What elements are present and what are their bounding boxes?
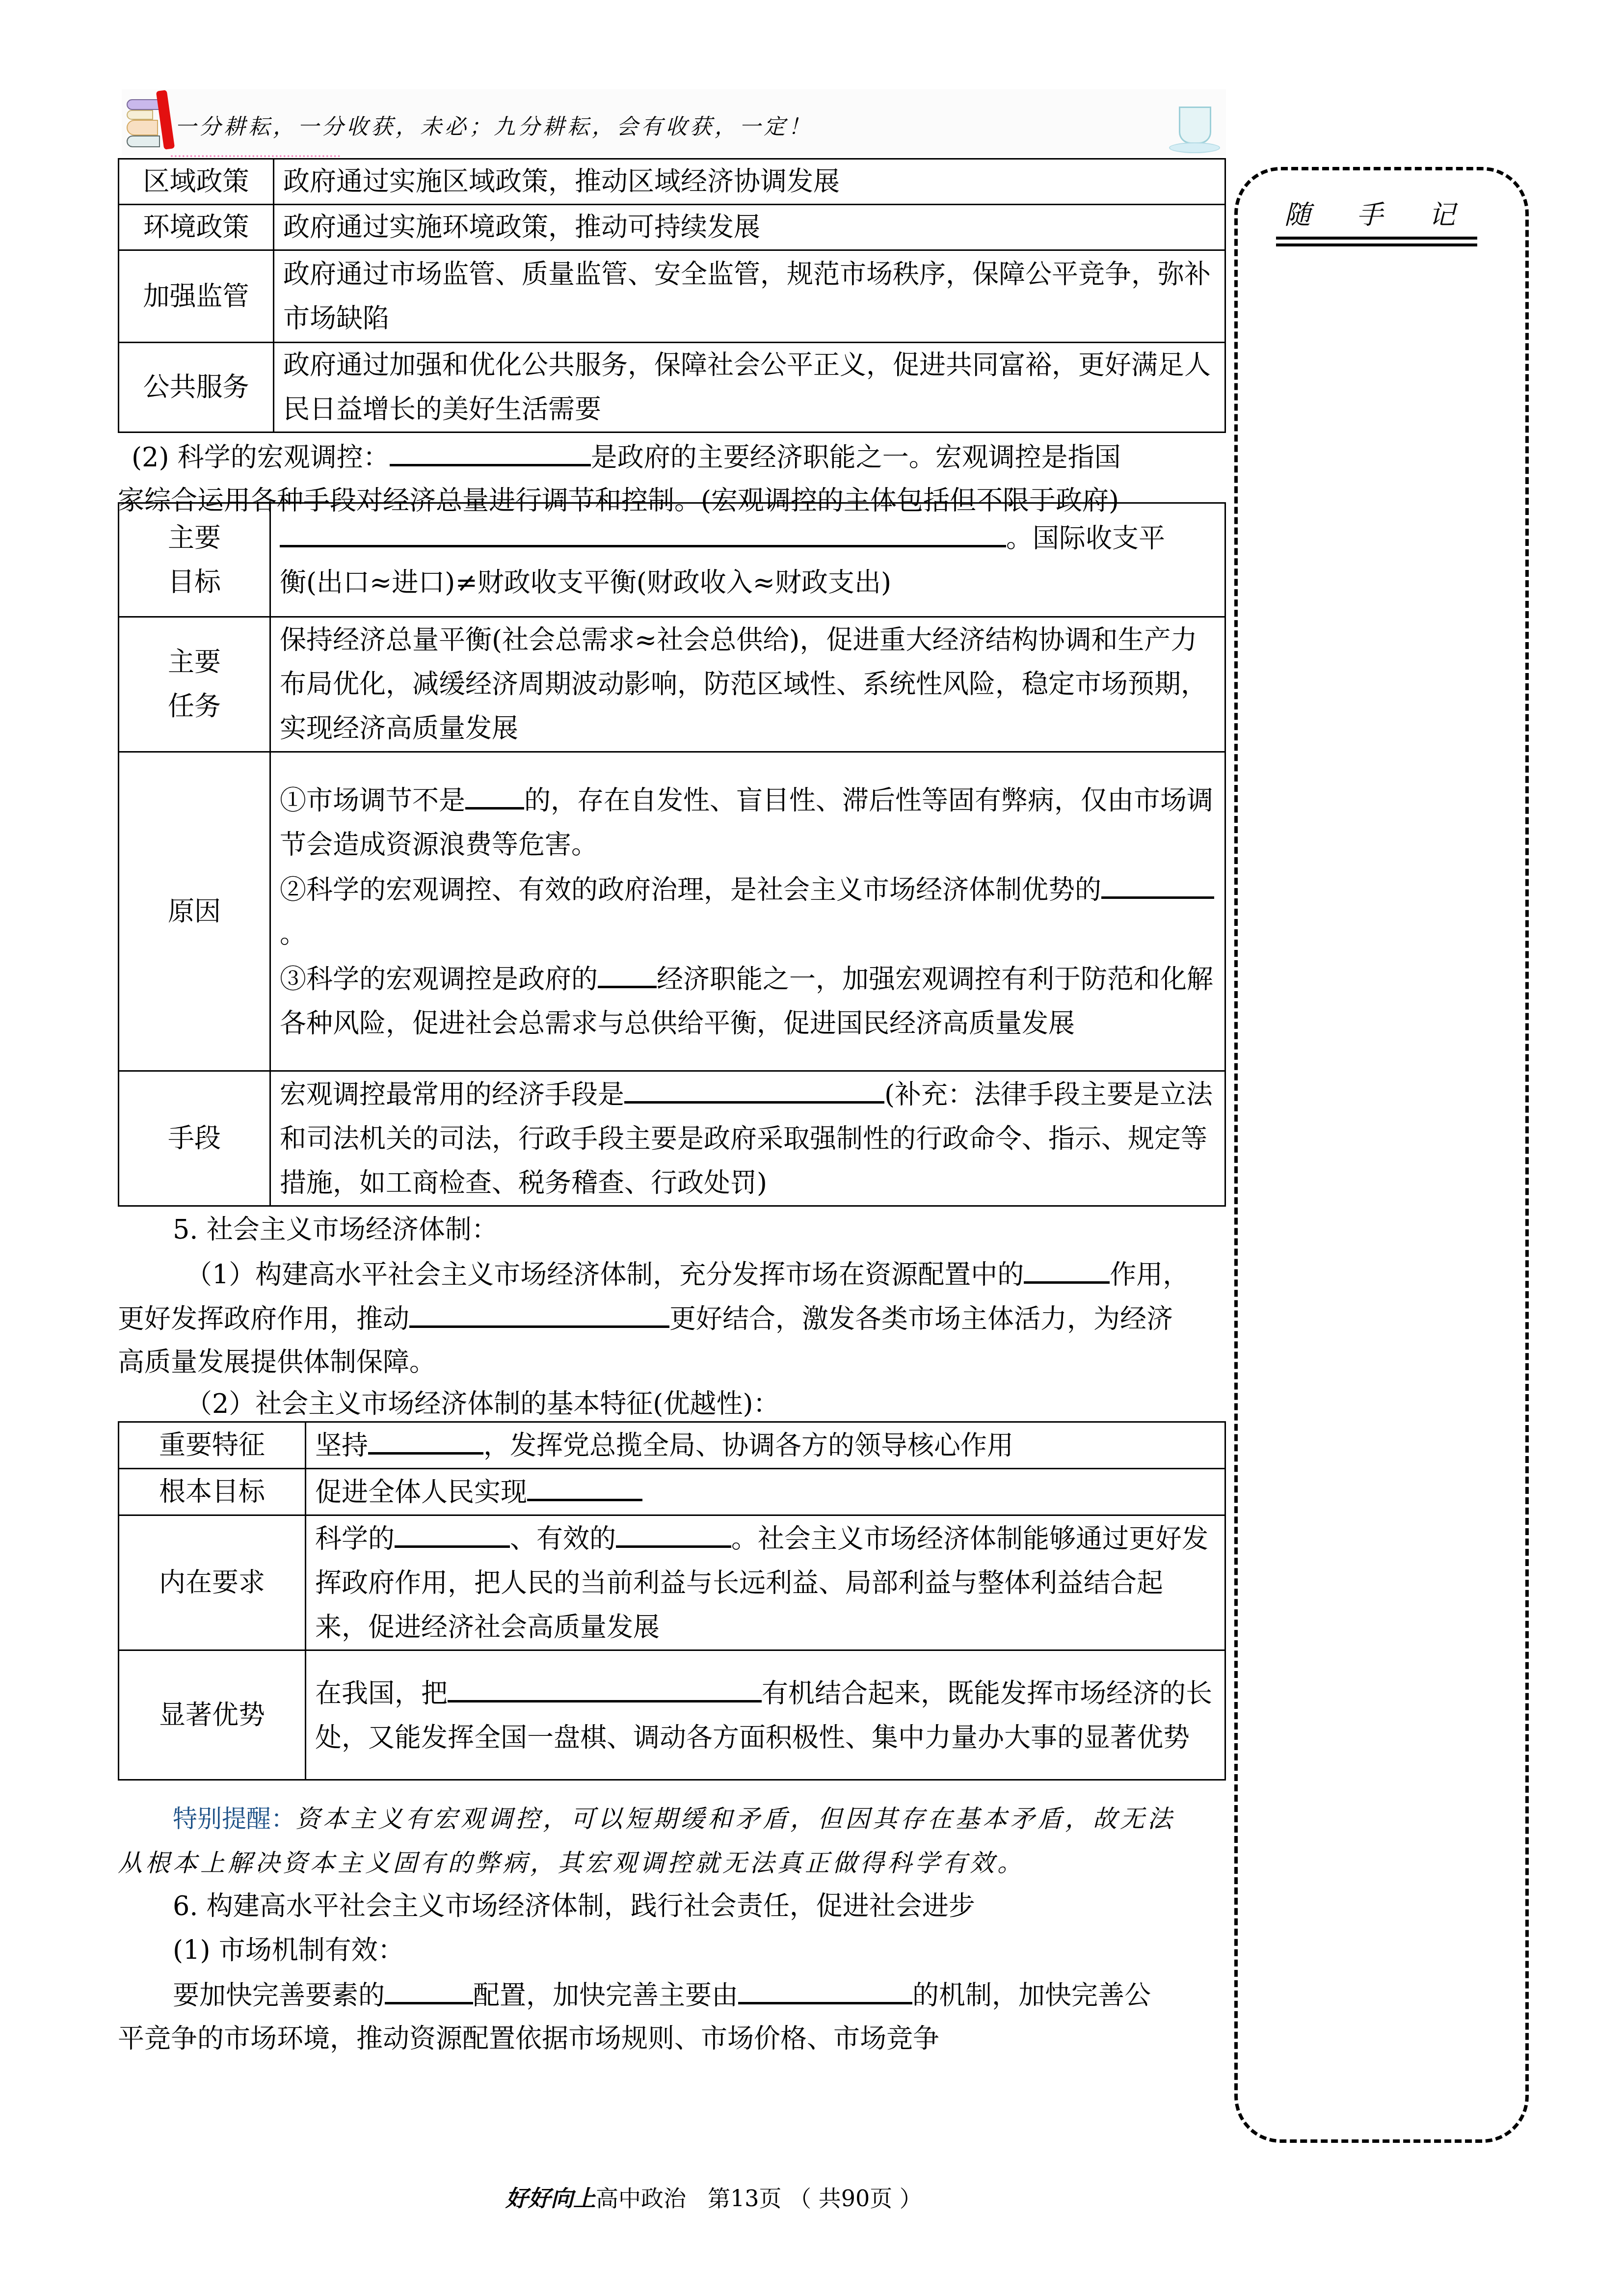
section6-p-line2: 平竞争的市场环境，推动资源配置依据市场规则、市场价格、市场竞争 xyxy=(118,2017,939,2061)
fill-blank[interactable] xyxy=(280,515,1006,547)
row-text: 政府通过市场监管、质量监管、安全监管，规范市场秩序，保障公平竞争，弥补市场缺陷 xyxy=(274,250,1225,343)
page-footer: 好好向上高中政治 第13页 （ 共90页 ） xyxy=(506,2181,922,2213)
fill-blank[interactable] xyxy=(390,434,591,466)
row-text: 政府通过实施区域政策，推动区域经济协调发展 xyxy=(274,159,1225,205)
row-text: 政府通过实施环境政策，推动可持续发展 xyxy=(274,205,1225,250)
row-text: 科学的、有效的。社会主义市场经济体制能够通过更好发挥政府作用，把人民的当前利益与… xyxy=(306,1515,1225,1650)
fill-blank[interactable] xyxy=(624,1072,884,1104)
fill-blank[interactable] xyxy=(385,1972,473,2004)
reminder-text: 资本主义有宏观调控，可以短期缓和矛盾，但因其存在基本矛盾，故无法 xyxy=(295,1805,1175,1833)
table-row: 显著优势 在我国，把有机结合起来，既能发挥市场经济的长处，又能发挥全国一盘棋、调… xyxy=(119,1650,1225,1780)
fill-blank[interactable] xyxy=(448,1671,762,1702)
header-motto: 一分耕耘，一分收获，未必；九分耕耘，会有收获，一定！ xyxy=(175,109,813,140)
fill-blank[interactable] xyxy=(1024,1252,1110,1284)
reminder: 特别提醒：资本主义有宏观调控，可以短期缓和矛盾，但因其存在基本矛盾，故无法 xyxy=(173,1797,1175,1841)
section6-heading: 6. 构建高水平社会主义市场经济体制，践行社会责任，促进社会进步 xyxy=(173,1884,975,1928)
features-table: 重要特征 坚持，发挥党总揽全局、协调各方的领导核心作用 根本目标 促进全体人民实… xyxy=(118,1421,1226,1781)
teacup-icon xyxy=(1179,107,1211,144)
row-label: 公共服务 xyxy=(119,343,274,432)
section5-p1: （1）构建高水平社会主义市场经济体制，充分发挥市场在资源配置中的作用， xyxy=(186,1252,1189,1297)
row-label: 原因 xyxy=(119,752,270,1071)
row-label: 环境政策 xyxy=(119,205,274,250)
decorative-wave xyxy=(171,143,340,157)
books-icon xyxy=(127,99,161,146)
table-row: 手段 宏观调控最常用的经济手段是(补充：法律手段主要是立法和司法机关的司法，行政… xyxy=(119,1071,1225,1206)
task-text: 保持经济总量平衡(社会总需求≈社会总供给)，促进重大经济结构协调和生产力布局优化… xyxy=(270,617,1225,752)
row-text: 在我国，把有机结合起来，既能发挥市场经济的长处，又能发挥全国一盘棋、调动各方面积… xyxy=(306,1650,1225,1780)
fill-blank[interactable] xyxy=(738,1972,912,2004)
row-label: 主要 目标 xyxy=(119,503,270,617)
section5-p2-heading: （2）社会主义市场经济体制的基本特征(优越性)： xyxy=(186,1382,780,1426)
notes-title-underline xyxy=(1276,237,1477,240)
section5-p1-line3: 高质量发展提供体制保障。 xyxy=(118,1340,436,1384)
means-text: 宏观调控最常用的经济手段是(补充：法律手段主要是立法和司法机关的司法，行政手段主… xyxy=(270,1071,1225,1206)
section5-heading: 5. 社会主义市场经济体制： xyxy=(173,1208,498,1252)
row-label: 显著优势 xyxy=(119,1650,306,1780)
row-label: 加强监管 xyxy=(119,250,274,343)
row-text: 坚持，发挥党总揽全局、协调各方的领导核心作用 xyxy=(306,1422,1225,1469)
row-label: 重要特征 xyxy=(119,1422,306,1469)
row-label: 内在要求 xyxy=(119,1515,306,1650)
table-row: 重要特征 坚持，发挥党总揽全局、协调各方的领导核心作用 xyxy=(119,1422,1225,1469)
row-label: 手段 xyxy=(119,1071,270,1206)
notes-title: 随 手 记 xyxy=(1276,194,1482,232)
fill-blank[interactable] xyxy=(598,956,657,988)
row-label: 主要 任务 xyxy=(119,617,270,752)
table-row: 内在要求 科学的、有效的。社会主义市场经济体制能够通过更好发挥政府作用，把人民的… xyxy=(119,1515,1225,1650)
macro-table: 主要 目标 。国际收支平 衡(出口≈进口)≠财政收支平衡(财政收入≈财政支出) … xyxy=(118,502,1226,1207)
table-row: 加强监管 政府通过市场监管、质量监管、安全监管，规范市场秩序，保障公平竞争，弥补… xyxy=(119,250,1225,343)
reason-text: ①市场调节不是的，存在自发性、盲目性、滞后性等固有弊病，仅由市场调节会造成资源浪… xyxy=(270,752,1225,1071)
fill-blank[interactable] xyxy=(527,1469,642,1501)
goal-text: 。国际收支平 衡(出口≈进口)≠财政收支平衡(财政收入≈财政支出) xyxy=(270,503,1225,617)
reminder-line2: 从根本上解决资本主义固有的弊病，其宏观调控就无法真正做得科学有效。 xyxy=(118,1841,1025,1885)
macro-intro: (2) 科学的宏观调控：是政府的主要经济职能之一。宏观调控是指国 xyxy=(132,434,1121,480)
reminder-label: 特别提醒： xyxy=(173,1805,295,1833)
table-row: 原因 ①市场调节不是的，存在自发性、盲目性、滞后性等固有弊病，仅由市场调节会造成… xyxy=(119,752,1225,1071)
fill-blank[interactable] xyxy=(1101,867,1214,899)
table-row: 主要 目标 。国际收支平 衡(出口≈进口)≠财政收支平衡(财政收入≈财政支出) xyxy=(119,503,1225,617)
table-row: 根本目标 促进全体人民实现 xyxy=(119,1469,1225,1515)
row-text: 促进全体人民实现 xyxy=(306,1469,1225,1515)
table-row: 主要 任务 保持经济总量平衡(社会总需求≈社会总供给)，促进重大经济结构协调和生… xyxy=(119,617,1225,752)
section6-p: 要加快完善要素的配置，加快完善主要由的机制，加快完善公 xyxy=(173,1972,1151,2018)
footer-subject: 高中政治 xyxy=(596,2185,686,2212)
policy-table: 区域政策 政府通过实施区域政策，推动区域经济协调发展 环境政策 政府通过实施环境… xyxy=(118,158,1226,433)
footer-page: 第13页 xyxy=(708,2185,782,2212)
footer-total: （ 共90页 ） xyxy=(789,2185,922,2212)
table-row: 环境政策 政府通过实施环境政策，推动可持续发展 xyxy=(119,205,1225,250)
fill-blank[interactable] xyxy=(368,1423,483,1455)
table-row: 公共服务 政府通过加强和优化公共服务，保障社会公平正义，促进共同富裕，更好满足人… xyxy=(119,343,1225,432)
fill-blank[interactable] xyxy=(465,778,524,810)
notes-box[interactable] xyxy=(1234,167,1529,2143)
section6-sub1: (1) 市场机制有效： xyxy=(173,1928,404,1972)
row-text: 政府通过加强和优化公共服务，保障社会公平正义，促进共同富裕，更好满足人民日益增长… xyxy=(274,343,1225,432)
fill-blank[interactable] xyxy=(616,1516,731,1548)
header-banner: 一分耕耘，一分收获，未必；九分耕耘，会有收获，一定！ xyxy=(122,89,1226,156)
notes-title-underline xyxy=(1276,243,1477,246)
fill-blank[interactable] xyxy=(409,1296,669,1328)
row-label: 区域政策 xyxy=(119,159,274,205)
table-row: 区域政策 政府通过实施区域政策，推动区域经济协调发展 xyxy=(119,159,1225,205)
footer-brand: 好好向上 xyxy=(506,2185,596,2212)
row-label: 根本目标 xyxy=(119,1469,306,1515)
saucer-icon xyxy=(1169,142,1220,153)
fill-blank[interactable] xyxy=(395,1516,510,1548)
section5-p1-line2: 更好发挥政府作用，推动更好结合，激发各类市场主体活力，为经济 xyxy=(118,1296,1173,1341)
